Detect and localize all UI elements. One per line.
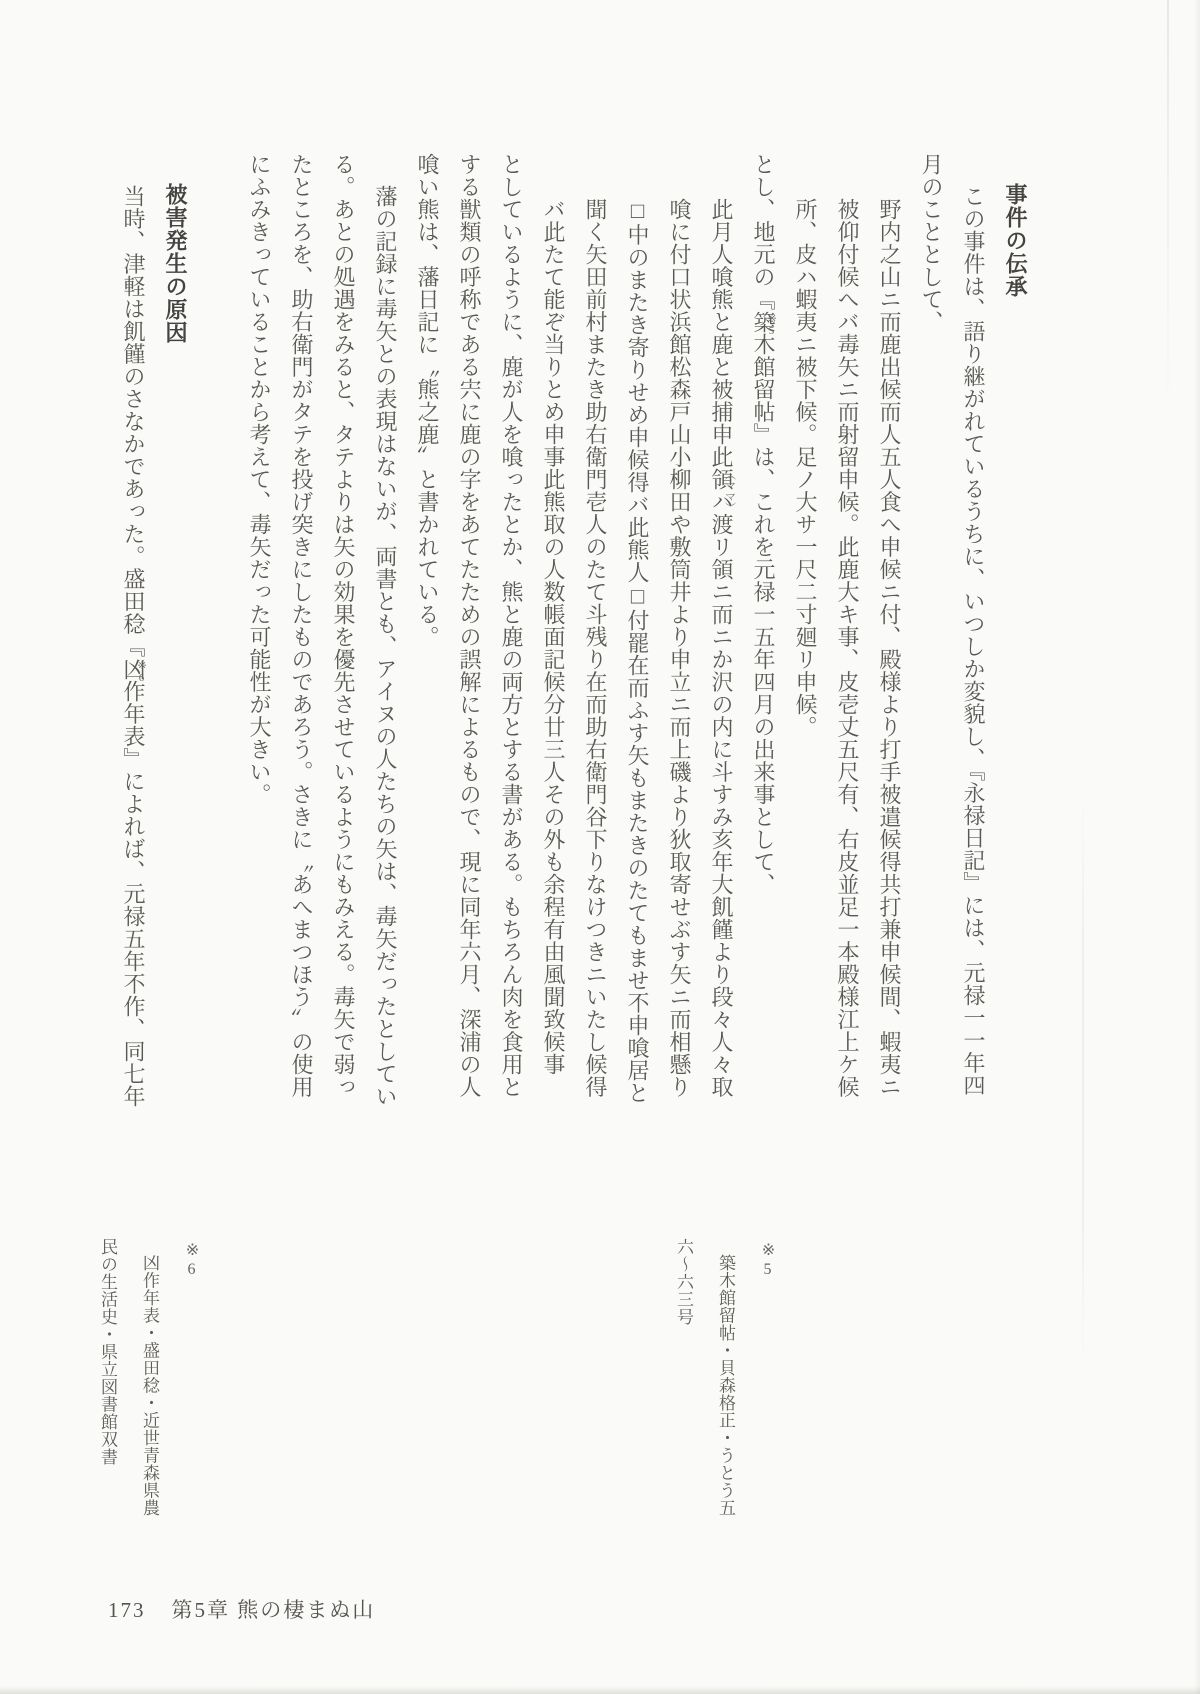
annotated-char: 領（ママ）	[700, 468, 742, 491]
footnote-5-text: 六〜六三号	[662, 1238, 704, 1558]
scan-edge-shadow	[0, 1686, 1200, 1694]
chapter-title: 第5章 熊の棲まぬ山	[172, 1594, 376, 1624]
text-column: としているように、鹿が人を喰ったとか、熊と鹿の両方とする書がある。もちろん肉を食…	[490, 153, 532, 1113]
text-column: たところを、助右衛門がタテを投げ突きにしたものであろう。さきに〝あへまつほう〟の…	[280, 153, 322, 1113]
quote-column: バ此たて能ぞ当りとめ申事此熊取の人数帳面記候分廿三人その外も余程有由風聞致候事	[532, 153, 574, 1113]
footnote-ref-6-mark: ※6	[135, 659, 147, 684]
text-segment: 此月人喰熊と鹿と被捕申此	[709, 198, 734, 468]
footnote-6-marker: ※6	[170, 1238, 212, 1558]
section-heading-event-tradition: 事件の伝承	[994, 153, 1036, 1113]
scan-artifact-line	[1167, 0, 1169, 420]
quote-column: 喰に付口状浜館松森戸山小柳田や敷筒井より申立ニ而上磯より狄取寄せぶす矢ニ而相懸り	[658, 153, 700, 1113]
footnote-ref-5-mark: ※5	[765, 312, 777, 337]
section-heading-damage-cause: 被害発生の原因	[154, 153, 196, 1113]
footnote-6-text: 民の生活史・県立図書館双書	[86, 1238, 128, 1558]
annotated-char: 凶※6	[112, 658, 154, 681]
text-column: 月のこととして、	[910, 153, 952, 1113]
footnote-6: ※6 凶作年表・盛田稔・近世青森県農 民の生活史・県立図書館双書	[86, 1238, 212, 1558]
quote-column: 野内之山ニ而鹿出候而人五人食へ申候ニ付、殿様より打手被遣候得共打兼申候間、蝦夷ニ	[868, 153, 910, 1113]
quote-column: 聞く矢田前村またき助右衛門壱人のたて斗残り在而助右衛門谷下りなけつきニいたし候得	[574, 153, 616, 1113]
text-segment: ハ渡リ領ニ而ニか沢の内に斗すみ亥年大飢饉より段々人々取	[709, 491, 734, 1099]
main-text-block: 事件の伝承 この事件は、語り継がれているうちに、いつしか変貌し、『永禄日記』には…	[112, 153, 1036, 1113]
footnote-5: ※5 築木館留帖・貝森格正・うとう五 六〜六三号	[662, 1238, 788, 1558]
text-segment: とし、地元の『	[751, 153, 776, 311]
text-column: とし、地元の『築※5木館留帖』は、これを元禄一五年四月の出来事として、	[742, 153, 784, 1113]
mama-sic-mark: （ママ）	[723, 469, 735, 513]
quote-column: □中のまたき寄りせめ申候得バ此熊人□付罷在而ふす矢もまたきのたてもませ不申喰居と	[616, 153, 658, 1113]
text-segment: 作年表』によれば、元禄五年不作、同七年	[121, 680, 146, 1108]
text-column: る。あとの処遇をみると、タテよりは矢の効果を優先させているようにもみえる。毒矢で…	[322, 153, 364, 1113]
text-column: 喰い熊は、藩日記に〝熊之鹿〟と書かれている。	[406, 153, 448, 1113]
annotated-char: 築※5	[742, 311, 784, 334]
text-column: 当時、津軽は飢饉のさなかであった。盛田稔『凶※6作年表』によれば、元禄五年不作、…	[112, 153, 154, 1113]
text-segment: 当時、津軽は飢饉のさなかであった。盛田稔『	[121, 185, 146, 658]
book-page: 事件の伝承 この事件は、語り継がれているうちに、いつしか変貌し、『永禄日記』には…	[0, 0, 1200, 1694]
footnote-5-text: 築木館留帖・貝森格正・うとう五	[704, 1238, 746, 1558]
text-segment: 木館留帖』は、これを元禄一五年四月の出来事として、	[751, 333, 776, 896]
page-number: 173	[108, 1598, 146, 1623]
text-column: この事件は、語り継がれているうちに、いつしか変貌し、『永禄日記』には、元禄一一年…	[952, 153, 994, 1113]
text-column: にふみきっていることから考えて、毒矢だった可能性が大きい。	[238, 153, 280, 1113]
footnote-5-marker: ※5	[746, 1238, 788, 1558]
footnote-6-text: 凶作年表・盛田稔・近世青森県農	[128, 1238, 170, 1558]
text-column: する獣類の呼称である宍に鹿の字をあてたための誤解によるもので、現に同年六月、深浦…	[448, 153, 490, 1113]
text-column: 藩の記録に毒矢との表現はないが、両書とも、アイヌの人たちの矢は、毒矢だったとして…	[364, 153, 406, 1113]
scan-artifact-line	[1082, 790, 1084, 1370]
quote-column: 被仰付候へバ毒矢ニ而射留申候。此鹿大キ事、皮壱丈五尺有、右皮並足一本殿様江上ケ候	[826, 153, 868, 1113]
page-footer: 173 第5章 熊の棲まぬ山	[108, 1594, 375, 1624]
quote-column: 所、皮ハ蝦夷ニ被下候。足ノ大サ一尺二寸廻リ申候。	[784, 153, 826, 1113]
scan-edge-shadow	[1194, 0, 1200, 1694]
quote-column: 此月人喰熊と鹿と被捕申此領（ママ）ハ渡リ領ニ而ニか沢の内に斗すみ亥年大飢饉より段…	[700, 153, 742, 1113]
